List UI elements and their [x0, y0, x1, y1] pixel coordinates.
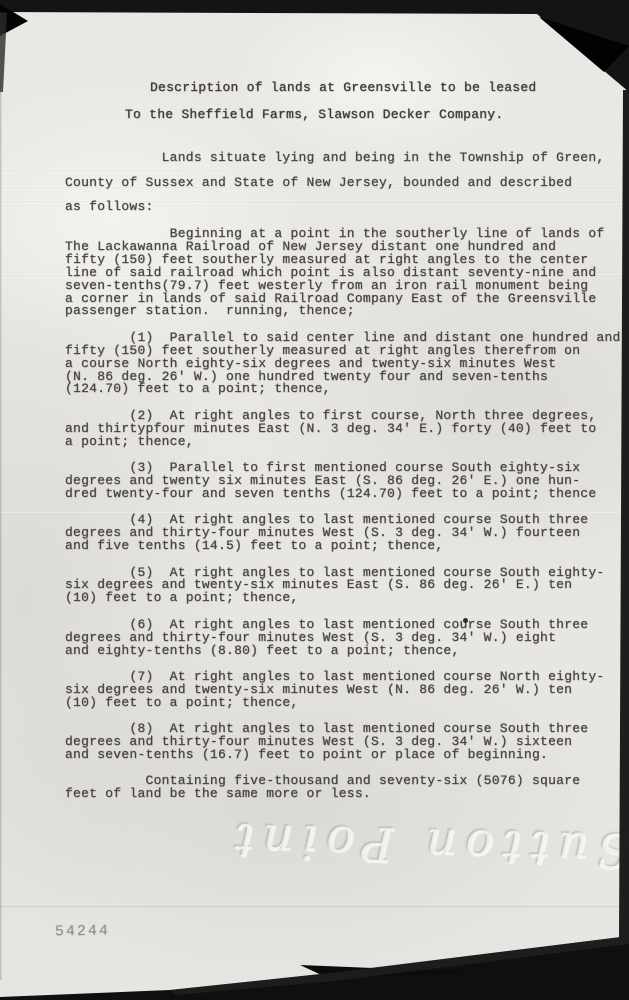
- left-page-edge: [0, 90, 2, 980]
- stamp-number: 54244: [55, 926, 110, 940]
- course-item-5: (5) At right angles to last mentioned co…: [65, 567, 621, 606]
- scanned-document-page: Sutton Point Description of lands at Gre…: [0, 0, 629, 1000]
- bottom-edge-wedge: [300, 965, 470, 979]
- ghost-handwriting: Sutton Point: [129, 809, 629, 877]
- document-body: Beginning at a point in the southerly li…: [65, 228, 621, 815]
- course-item-7: (7) At right angles to last mentioned co…: [65, 671, 621, 710]
- closing-paragraph: Containing five-thousand and seventy-six…: [65, 775, 621, 801]
- course-item-1: (1) Parallel to said center line and dis…: [65, 332, 621, 397]
- paper-crease-line: [0, 906, 629, 907]
- document-header: Description of lands at Greensville to b…: [0, 74, 629, 128]
- folded-corner-triangle: [539, 17, 629, 72]
- course-item-4: (4) At right angles to last mentioned co…: [65, 514, 621, 553]
- top-left-corner-wedge: [0, 4, 28, 36]
- document-title-line2: To the Sheffield Farms, Slawson Decker C…: [125, 107, 503, 122]
- course-item-6: (6) At right angles to last mentioned co…: [65, 619, 621, 658]
- ink-dot-artifact: [463, 618, 468, 623]
- course-item-2: (2) At right angles to first course, Nor…: [65, 410, 621, 449]
- course-item-8: (8) At right angles to last mentioned co…: [65, 723, 621, 762]
- course-item-3: (3) Parallel to first mentioned course S…: [65, 462, 621, 501]
- scan-backdrop-bottom: [0, 936, 629, 1000]
- bottom-edge-seam: [170, 936, 629, 995]
- intro-paragraph: Lands situate lying and being in the Tow…: [65, 146, 621, 220]
- beginning-paragraph: Beginning at a point in the southerly li…: [65, 228, 621, 318]
- document-title-line1: Description of lands at Greensville to b…: [150, 80, 536, 95]
